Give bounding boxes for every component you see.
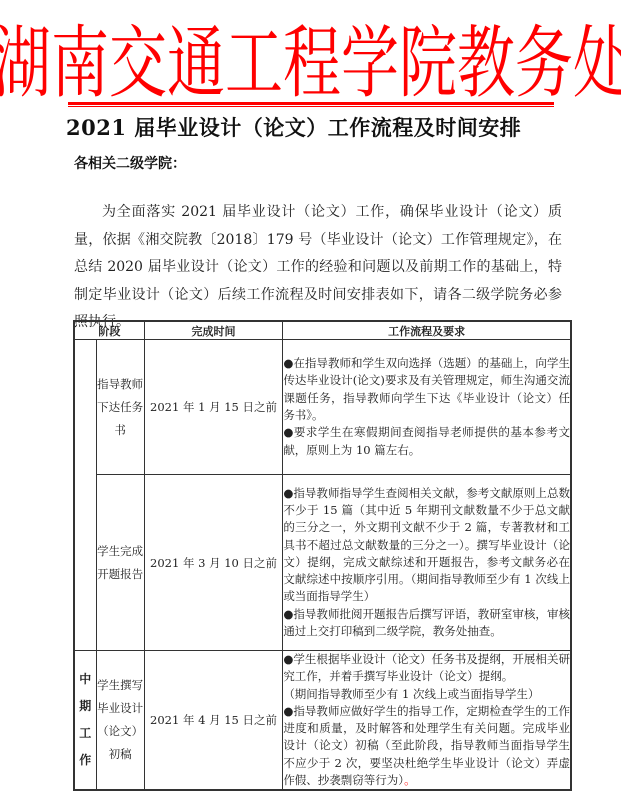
phase-char: 中 [75,666,96,693]
table-row: 指导教师下达任务书 2021 年 1 月 15 日之前 ●在指导教师和学生双向选… [74,340,571,475]
document-title: 2021 届毕业设计（论文）工作流程及时间安排 [66,112,566,142]
step-cell: 学生完成开题报告 [96,475,144,651]
step-cell: 学生撰写毕业设计（论文）初稿 [96,651,144,791]
phase-char: 作 [75,747,96,774]
requirements-cell: ●在指导教师和学生双向选择（选题）的基础上，向学生传达毕业设计(论文)要求及有关… [283,340,571,475]
requirement-item: ●指导教师指导学生查阅相关文献，参考文献原则上总数不少于 15 篇（其中近 5 … [283,485,570,606]
header-requirements: 工作流程及要求 [283,321,571,340]
requirement-item: ●要求学生在寒假期间查阅指导老师提供的基本参考文献，原则上为 10 篇左右。 [283,424,570,459]
issuer-banner: 湖南交通工程学院教务处 [66,0,558,113]
phase-cell-early [74,340,96,651]
step-cell: 指导教师下达任务书 [96,340,144,475]
red-divider-rule [68,102,554,107]
deadline-cell: 2021 年 3 月 10 日之前 [144,475,283,651]
requirement-item: ●指导教师应做好学生的指导工作，定期检查学生的工作进度和质量，及时解答和处理学生… [283,703,570,789]
requirement-item: ●学生根据毕业设计（论文）任务书及提纲，开展相关研究工作，并着手撰写毕业设计（论… [283,651,570,686]
salutation: 各相关二级学院： [74,153,186,173]
table-row: 学生完成开题报告 2021 年 3 月 10 日之前 ●指导教师指导学生查阅相关… [74,475,571,651]
requirement-item: ●在指导教师和学生双向选择（选题）的基础上，向学生传达毕业设计(论文)要求及有关… [283,355,570,424]
requirements-cell: ●学生根据毕业设计（论文）任务书及提纲，开展相关研究工作，并着手撰写毕业设计（论… [283,651,571,791]
schedule-table: 阶段 完成时间 工作流程及要求 指导教师下达任务书 2021 年 1 月 15 … [73,320,572,791]
requirements-cell: ●指导教师指导学生查阅相关文献，参考文献原则上总数不少于 15 篇（其中近 5 … [283,475,571,651]
header-phase: 阶段 [74,321,144,340]
phase-cell-midterm: 中 期 工 作 [74,651,96,791]
requirement-item: ●指导教师批阅开题报告后撰写评语，教研室审核，审核通过上交打印稿到二级学院，教务… [283,606,570,641]
table-header-row: 阶段 完成时间 工作流程及要求 [74,321,571,340]
phase-char: 工 [75,720,96,747]
intro-paragraph: 为全面落实 2021 届毕业设计（论文）工作，确保毕业设计（论文）质量，依据《湘… [74,199,562,337]
deadline-cell: 2021 年 1 月 15 日之前 [144,340,283,475]
issuer-name: 湖南交通工程学院教务处 [0,0,621,113]
table-row: 中 期 工 作 学生撰写毕业设计（论文）初稿 2021 年 4 月 15 日之前… [74,651,571,791]
requirement-text: ●指导教师应做好学生的指导工作，定期检查学生的工作进度和质量，及时解答和处理学生… [283,704,570,787]
phase-char: 期 [75,693,96,720]
trailing-mark: 。 [404,773,416,787]
deadline-cell: 2021 年 4 月 15 日之前 [144,651,283,791]
requirement-item: （期间指导教师至少有 1 次线上或当面指导学生） [283,686,570,703]
header-deadline: 完成时间 [144,321,283,340]
